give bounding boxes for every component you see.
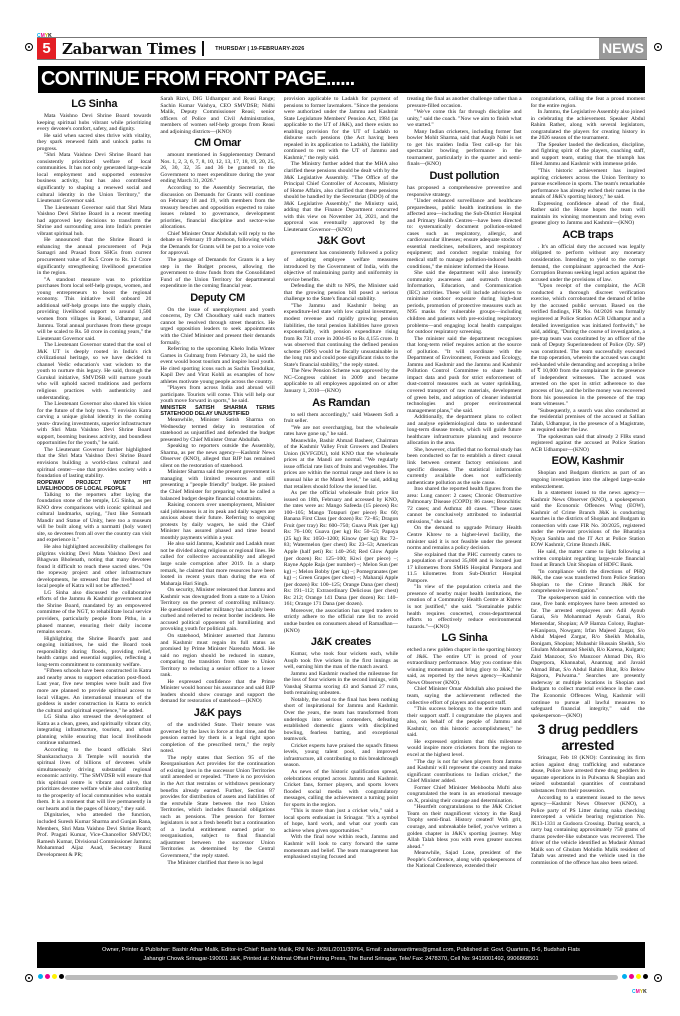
- article-paragraph: The New Pension Scheme was approved by t…: [284, 368, 398, 394]
- masthead: 5 Zabarwan Times THURSDAY | 19-FEBRUARY-…: [37, 37, 647, 60]
- black-dot: [643, 974, 648, 979]
- article-paragraph: Meanwhile, Minister Satish Sharma on Wed…: [160, 417, 274, 443]
- article-paragraph: Expressing confidence ahead of the final…: [531, 201, 645, 227]
- color-bar-left: [38, 974, 64, 979]
- article-paragraph: The Ministry further added that the MHA …: [284, 161, 398, 233]
- article-paragraph: Talking to the reporters after laying th…: [37, 492, 151, 544]
- article-paragraph: On security, Minister reiterated that Ja…: [160, 587, 274, 633]
- article-paragraph: has proposed a comprehensive preventive …: [407, 185, 521, 198]
- article-paragraph: "Fifteen schools have been constructed i…: [37, 668, 151, 714]
- article-paragraph: Former Chief Minister Mehbooba Mufti als…: [407, 785, 521, 805]
- article-paragraph: On the issue of unemployment and youth c…: [160, 307, 274, 346]
- article-headline: CM Omar: [160, 137, 274, 149]
- article-headline: ACB traps: [531, 229, 645, 241]
- page-number: 5: [37, 38, 56, 59]
- article-headline: LG Sinha: [37, 98, 151, 110]
- article-paragraph: Itoo shared the reported health figures …: [407, 486, 521, 525]
- column-3: provision applicable to Ladakh for payme…: [284, 96, 398, 932]
- article-paragraph: "The Jammu and Kashmir being an expendit…: [284, 303, 398, 368]
- article-paragraph: Chief Minister Omar Abdullah also praise…: [407, 686, 521, 706]
- cyan-dot: [622, 974, 627, 979]
- article-paragraph: LG Sinha also discussed the collaborativ…: [37, 590, 151, 636]
- article-paragraph: "In compliance with the directions of PH…: [531, 569, 645, 595]
- article-paragraph: As per the official wholesale fruit pric…: [284, 490, 398, 608]
- article-columns: LG SinhaMata Vaishno Devi Shrine Board t…: [37, 96, 645, 932]
- article-paragraph: government has consistently followed a p…: [284, 250, 398, 283]
- registration-mark-icon: [654, 43, 662, 51]
- article-headline: LG Sinha: [407, 632, 521, 644]
- article-paragraph: The Speaker lauded the dedication, disci…: [531, 142, 645, 168]
- article-paragraph: She explained that the PHC currently cat…: [407, 552, 521, 585]
- article-paragraph: congratulations, calling the feat a prou…: [531, 96, 645, 109]
- article-paragraph: She, however, clarified that no formal s…: [407, 447, 521, 486]
- article-paragraph: According to the board officials Shri Sh…: [37, 747, 151, 812]
- article-paragraph: "Upon receipt of the complaint, the ACB …: [531, 283, 645, 407]
- article-headline: J&K creates: [284, 636, 398, 648]
- article-paragraph: Defending the shift to NPS, the Minister…: [284, 283, 398, 303]
- article-paragraph: According to a statement issued to the n…: [531, 795, 645, 867]
- article-paragraph: "Subsequently, a search was also conduct…: [531, 408, 645, 434]
- article-paragraph: "Players from across India and abroad wi…: [160, 385, 274, 405]
- paper-name: Zabarwan Times: [62, 40, 196, 58]
- article-paragraph: LG Sinha also stressed the development o…: [37, 714, 151, 747]
- article-paragraph: Meanwhile, Sajad Lone, president of the …: [407, 850, 521, 870]
- article-paragraph: The spokesman said that already 2 FIRs s…: [531, 434, 645, 454]
- article-paragraph: "Shri Mata Vaishno Devi Shrine Board has…: [37, 152, 151, 204]
- article-paragraph: Dignitaries, who attended the function, …: [37, 812, 151, 858]
- article-paragraph: The Lieutenant Governor further highligh…: [37, 447, 151, 480]
- masthead-divider: [202, 41, 204, 56]
- imprint-footer: Owner, Printer & Publisher: Bashir Athar…: [37, 942, 645, 968]
- article-paragraph: Srinagar, Feb 18 (KNO): Continuing its f…: [531, 755, 645, 794]
- cmyk-mark-bottom: CMYK: [632, 989, 647, 995]
- article-paragraph: The reply states that Section 95 of the …: [160, 755, 274, 860]
- article-paragraph: He announced that the Shrine Board is en…: [37, 237, 151, 276]
- article-paragraph: etched a new golden chapter in the sport…: [407, 647, 521, 686]
- article-paragraph: . It's an official duty the accused was …: [531, 244, 645, 283]
- imprint-line-1: Owner, Printer & Publisher: Bashir Athar…: [37, 946, 645, 955]
- magenta-dot: [45, 974, 50, 979]
- article-paragraph: Meanwhile, Bashir Ahmad Basheer, Chairma…: [284, 438, 398, 490]
- article-paragraph: provision applicable to Ladakh for payme…: [284, 96, 398, 161]
- article-paragraph: "In view of the population criteria and …: [407, 584, 521, 630]
- column-5: congratulations, calling the feat a prou…: [531, 96, 645, 932]
- article-paragraph: He said, the matter came to light follow…: [531, 549, 645, 569]
- article-headline: Dust pollution: [407, 170, 521, 182]
- registration-mark-icon: [25, 43, 33, 51]
- article-paragraph: The Lieutenant Governor said that Shri M…: [37, 205, 151, 238]
- article-paragraph: He expressed confidence that the Prime M…: [160, 679, 274, 705]
- color-bar-right: [622, 974, 648, 979]
- article-paragraph: "The day is not far when players from Ja…: [407, 759, 521, 785]
- article-paragraph: Kumar, who took four wickets each, while…: [284, 651, 398, 671]
- article-paragraph: Minister Sharma said the present governm…: [160, 469, 274, 502]
- yellow-dot: [636, 974, 641, 979]
- article-paragraph: On statehood, Minister asserted that Jam…: [160, 633, 274, 679]
- column-2: Sarah Rizvi, DIG Udhampur and Reasi Rang…: [160, 96, 274, 932]
- article-paragraph: He also said Jammu, Kashmir and Ladakh m…: [160, 541, 274, 587]
- page-banner: CONTINUE FROM FRONT PAGE......: [38, 66, 645, 93]
- article-paragraph: to sell them accordingly," said Waseem S…: [284, 412, 398, 425]
- article-paragraph: "We've come this far through discipline …: [407, 109, 521, 129]
- article-paragraph: Cricket experts have praised the squad's…: [284, 743, 398, 769]
- article-paragraph: The minister said the department recogni…: [407, 336, 521, 415]
- article-paragraph: Notably, the road to the final has been …: [284, 697, 398, 743]
- article-subheading: ROPEWAY PROJECT WON'T HIT LIVELIHOODS OF…: [37, 480, 151, 492]
- article-paragraph: On the demand to upgrade Primary Health …: [407, 525, 521, 551]
- article-headline: EOW, Kashmir: [531, 455, 645, 467]
- cyan-dot: [38, 974, 43, 979]
- article-paragraph: She said the department will also intens…: [407, 270, 521, 335]
- article-paragraph: He said when sacred sites thrive with vi…: [37, 133, 151, 153]
- article-headline: J&K pays: [160, 707, 274, 719]
- article-headline: As Ramdan: [284, 397, 398, 409]
- article-paragraph: With the final now within reach, Jammu a…: [284, 834, 398, 860]
- article-subheading: MINISTER SATISH SHARMA TERMS STATEHOOD D…: [160, 405, 274, 417]
- magenta-dot: [629, 974, 634, 979]
- column-1: LG SinhaMata Vaishno Devi Shrine Board t…: [37, 96, 151, 932]
- article-paragraph: As news of the historic qualification sp…: [284, 769, 398, 808]
- article-paragraph: "A standout measure was to prioritize pu…: [37, 277, 151, 342]
- cmyk-k: K: [643, 989, 647, 995]
- article-paragraph: Many Indian cricketers, including former…: [407, 129, 521, 168]
- imprint-line-2: Jahangir Chowk Srinagar-190001 J&K, Prin…: [37, 955, 645, 964]
- article-paragraph: amount mentioned in Supplementary Demand…: [160, 152, 274, 185]
- article-paragraph: of the undivided State. Their tenure was…: [160, 722, 274, 755]
- article-paragraph: Additionally, the department plans to co…: [407, 414, 521, 447]
- article-paragraph: Sarah Rizvi, DIG Udhampur and Reasi Rang…: [160, 96, 274, 135]
- article-paragraph: "This historic achievement has inspired …: [531, 168, 645, 201]
- issue-date: THURSDAY | 19-FEBRUARY-2026: [215, 46, 304, 52]
- article-paragraph: "Heartfelt congratulations to the J&K Cr…: [407, 804, 521, 850]
- article-paragraph: The passage of Demands for Grants is a k…: [160, 257, 274, 290]
- yellow-dot: [52, 974, 57, 979]
- article-paragraph: Shopian and Budgam districts as part of …: [531, 470, 645, 490]
- article-paragraph: He also highlighted accessibility challe…: [37, 544, 151, 590]
- column-4: treating the final as another challenge …: [407, 96, 521, 932]
- article-headline: J&K Govt: [284, 235, 398, 247]
- article-paragraph: In a statement issued to the news agency…: [531, 490, 645, 549]
- article-paragraph: The Minister clarified that there is no …: [160, 860, 274, 867]
- article-paragraph: Moreover, the association has urged trad…: [284, 608, 398, 634]
- article-paragraph: Mata Vaishno Devi Shrine Board towards k…: [37, 113, 151, 133]
- article-paragraph: "This is more than just a cricket win," …: [284, 808, 398, 834]
- print-color-bar: [65, 975, 618, 980]
- article-paragraph: Raising concern over unemployment, Minis…: [160, 502, 274, 541]
- registration-mark-icon: [25, 974, 33, 982]
- article-paragraph: Jammu and Kashmir reached the milestone …: [284, 671, 398, 697]
- article-paragraph: treating the final as another challenge …: [407, 96, 521, 109]
- registration-mark-icon: [654, 974, 662, 982]
- article-headline: 3 drug peddlers arrested: [531, 721, 645, 753]
- article-paragraph: In Jammu, the Legislative Assembly also …: [531, 109, 645, 142]
- article-paragraph: Referring to the upcoming Khelo India Wi…: [160, 346, 274, 385]
- article-paragraph: The spokesperson said in connection with…: [531, 595, 645, 719]
- article-headline: Deputy CM: [160, 292, 274, 304]
- article-paragraph: "Under enhanced surveillance and healthc…: [407, 198, 521, 270]
- article-paragraph: The Lieutenant Governor stated that the …: [37, 342, 151, 401]
- article-paragraph: Highlighting the Shrine Board's past and…: [37, 636, 151, 669]
- article-paragraph: "This success belongs to the entire team…: [407, 706, 521, 739]
- article-paragraph: Speaking to reporters outside the Assemb…: [160, 443, 274, 469]
- article-paragraph: "We are not overcharging, but the wholes…: [284, 425, 398, 438]
- black-dot: [59, 974, 64, 979]
- article-paragraph: Chief Minister Omar Abdullah will reply …: [160, 231, 274, 257]
- article-paragraph: According to the Assembly Secretariat, t…: [160, 185, 274, 231]
- section-tag: NEWS: [599, 38, 647, 59]
- article-paragraph: The Lieutenant Governor also shared his …: [37, 401, 151, 447]
- article-paragraph: He expressed optimism that this mileston…: [407, 739, 521, 759]
